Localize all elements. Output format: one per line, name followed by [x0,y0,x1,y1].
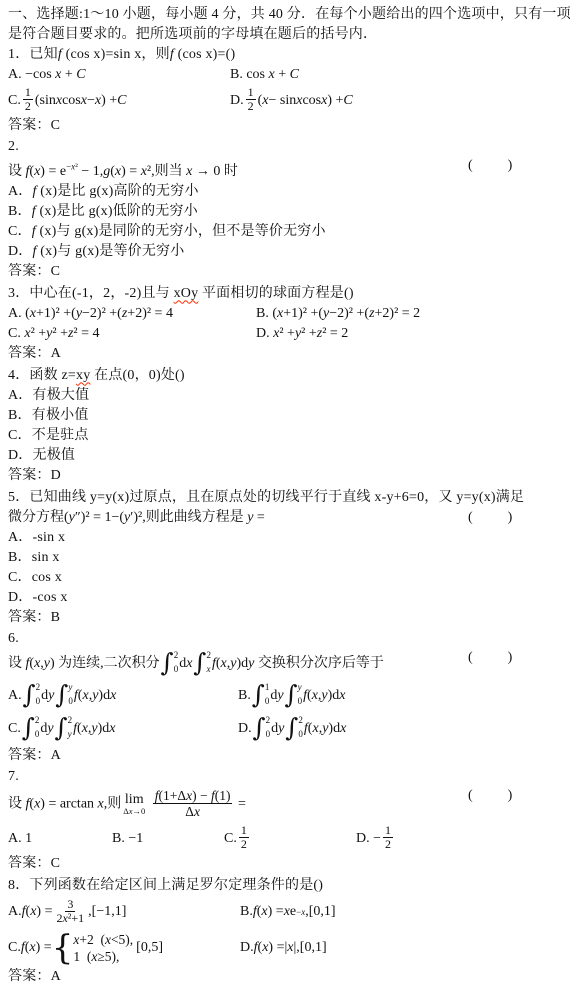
q6-stem: 设 f(x,y) 为连续,二次积分∫20dx∫2xf(x,y)dy 交换积分次序… [8,648,577,680]
q6-answer: 答案：A [8,746,577,766]
q1-option-b: B. cos x + C [230,65,577,85]
q4-option-d: D．无极值 [8,446,577,466]
q6-number: 6. [8,630,577,648]
q5-option-d: D．-cos x [8,588,577,608]
q8-answer: 答案：A [8,967,577,985]
q6-answer-brackets: ( ) [468,648,512,668]
q8-option-d: D. f(x) =| x |,[0,1] [240,929,577,967]
exam-document: 一、选择题:1～10 小题，每小题 4 分，共 40 分．在每个小题给出的四个选… [0,0,585,985]
q5-stem-line2: 微分方程(y″)² = 1−(y′)²,则此曲线方程是 y = ( ) [8,508,577,528]
question-5: 5．已知曲线 y=y(x)过原点，且在原点处的切线平行于直线 x-y+6=0，又… [8,488,577,628]
q3-option-a: A. (x+1)² +(y−2)² +(z+2)² = 4 [8,304,256,324]
q6-options-row2: C. ∫20dy∫2yf(x,y)dx D. ∫20dy∫20f(x,y)dx [8,713,577,746]
q3-option-b: B. (x+1)² +(y−2)² +(z+2)² = 2 [256,304,577,324]
q5-answer-brackets: ( ) [468,508,512,528]
section-title-line2: 是符合题目要求的。把所选项前的字母填在题后的括号内． [8,25,577,45]
q6-option-b: B. ∫10dy∫y0f(x,y)dx [238,680,577,713]
q2-option-b: B．f (x)是比 g(x)低阶的无穷小 [8,202,577,222]
q4-option-a: A．有极大值 [8,386,577,406]
q5-option-b: B．sin x [8,548,577,568]
q5-stem-line1: 5．已知曲线 y=y(x)过原点，且在原点处的切线平行于直线 x-y+6=0，又… [8,488,577,508]
question-6: 6. 设 f(x,y) 为连续,二次积分∫20dx∫2xf(x,y)dy 交换积… [8,630,577,766]
q1-option-c: C. 12(sin xcos x − x) + C [8,85,230,116]
q4-answer: 答案：D [8,466,577,486]
q5-option-a: A．-sin x [8,528,577,548]
q6-option-c: C. ∫20dy∫2yf(x,y)dx [8,713,238,746]
question-2: 2. 设 f(x) = e−x² − 1,g(x) = x²,则当 x → 0 … [8,138,577,282]
q1-options-row2: C. 12(sin xcos x − x) + C D. 12(x − sin … [8,85,577,116]
q7-options: A. 1 B. −1 C. 12 D. −12 [8,824,577,854]
q3-stem: 3．中心在(-1，2，-2)且与 xOy 平面相切的球面方程是() [8,284,577,304]
q6-option-d: D. ∫20dy∫20f(x,y)dx [238,713,577,746]
q1-option-d: D. 12(x − sin xcos x) + C [230,85,577,116]
q1-answer: 答案：C [8,116,577,136]
q7-option-b: B. −1 [112,824,224,854]
q1-stem: 1．已知f (cos x)=sin x，则f (cos x)=() [8,45,577,65]
q7-option-a: A. 1 [8,824,112,854]
q6-options-row1: A. ∫20dy∫y0f(x,y)dx B. ∫10dy∫y0f(x,y)dx [8,680,577,713]
q8-stem: 8．下列函数在给定区间上满足罗尔定理条件的是() [8,876,577,896]
q4-option-c: C．不是驻点 [8,426,577,446]
q6-stem-text: 设 f(x,y) 为连续,二次积分∫20dx∫2xf(x,y)dy 交换积分次序… [8,651,384,677]
q1-option-a: A. −cos x + C [8,65,230,85]
q1-options: A. −cos x + C B. cos x + C [8,65,577,85]
q7-option-c: C. 12 [224,824,356,854]
q8-option-c: C. f(x) = {x+2 (x<5),1 (x≥5),[0,5] [8,929,240,967]
q5-stem-text: 微分方程(y″)² = 1−(y′)²,则此曲线方程是 y = [8,510,265,525]
q3-options: A. (x+1)² +(y−2)² +(z+2)² = 4 B. (x+1)² … [8,304,577,344]
q3-option-c: C. x² +y² +z² = 4 [8,324,256,344]
q7-stem-text: 设 f(x) = arctan x,则limΔx→0 f(1+Δx) − f(1… [8,789,246,820]
q7-answer: 答案：C [8,854,577,874]
q2-option-a: A．f (x)是比 g(x)高阶的无穷小 [8,182,577,202]
q6-option-a: A. ∫20dy∫y0f(x,y)dx [8,680,238,713]
q2-number: 2. [8,138,577,156]
q2-option-c: C．f (x)与 g(x)是同阶的无穷小，但不是等价无穷小 [8,222,577,242]
q2-option-d: D．f (x)与 g(x)是等价无穷小 [8,242,577,262]
q2-stem-text: 设 f(x) = e−x² − 1,g(x) = x²,则当 x → 0 时 [8,164,238,179]
q8-options-row2: C. f(x) = {x+2 (x<5),1 (x≥5),[0,5] D. f(… [8,929,577,967]
q2-answer-brackets: ( ) [468,156,512,176]
q7-stem: 设 f(x) = arctan x,则limΔx→0 f(1+Δx) − f(1… [8,786,577,824]
q4-stem: 4．函数 z=xy 在点(0，0)处() [8,366,577,386]
q8-options-row1: A. f(x) = 32x²+1,[−1,1] B. f(x) = xe−x,[… [8,896,577,929]
section-title-line1: 一、选择题:1～10 小题，每小题 4 分，共 40 分．在每个小题给出的四个选… [8,5,577,25]
q7-option-d: D. −12 [356,824,577,854]
q7-number: 7. [8,768,577,786]
q2-answer: 答案：C [8,262,577,282]
q5-answer: 答案：B [8,608,577,628]
q4-option-b: B．有极小值 [8,406,577,426]
question-8: 8．下列函数在给定区间上满足罗尔定理条件的是() A. f(x) = 32x²+… [8,876,577,985]
q3-answer: 答案：A [8,344,577,364]
question-3: 3．中心在(-1，2，-2)且与 xOy 平面相切的球面方程是() A. (x+… [8,284,577,364]
q5-option-c: C．cos x [8,568,577,588]
q2-stem: 设 f(x) = e−x² − 1,g(x) = x²,则当 x → 0 时 (… [8,156,577,182]
q7-answer-brackets: ( ) [468,786,512,806]
q3-option-d: D. x² +y² +z² = 2 [256,324,577,344]
question-1: 1．已知f (cos x)=sin x，则f (cos x)=() A. −co… [8,45,577,136]
q8-option-b: B. f(x) = xe−x,[0,1] [240,896,577,929]
question-7: 7. 设 f(x) = arctan x,则limΔx→0 f(1+Δx) − … [8,768,577,874]
q8-option-a: A. f(x) = 32x²+1,[−1,1] [8,896,240,929]
question-4: 4．函数 z=xy 在点(0，0)处() A．有极大值 B．有极小值 C．不是驻… [8,366,577,486]
